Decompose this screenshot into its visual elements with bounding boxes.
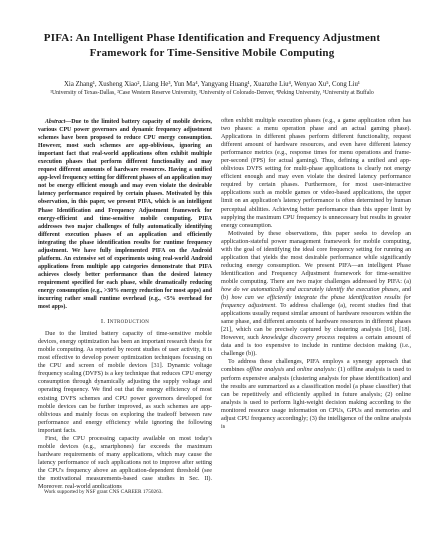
right-column: often exhibit multiple execution phases … [221, 117, 411, 503]
abstract-paragraph: Abstract—Due to the limited battery capa… [38, 118, 212, 311]
left-column: Abstract—Due to the limited battery capa… [38, 118, 212, 488]
intro-paragraph-1: Due to the limited battery capacity of t… [38, 330, 212, 435]
section-heading-introduction: I. Introduction [38, 318, 212, 325]
continued-paragraph: often exhibit multiple execution phases … [221, 117, 411, 230]
motivation-paragraph: Motivated by these observations, this pa… [221, 230, 411, 359]
approach-paragraph: To address these challenges, PIFA employ… [221, 358, 411, 430]
paper-title: PIFA: An Intelligent Phase Identificatio… [25, 31, 399, 61]
affiliation-list: ¹University of Texas-Dallas, ²Case Weste… [10, 90, 414, 97]
author-list: Xia Zhang¹, Xusheng Xiao², Liang He³, Yu… [15, 81, 409, 89]
paper-page: PIFA: An Intelligent Phase Identificatio… [0, 0, 425, 550]
funding-footnote: Work supported by NSF grant CNS CAREER 1… [38, 489, 210, 496]
intro-paragraph-2: First, the CPU processing capacity avail… [38, 435, 212, 488]
